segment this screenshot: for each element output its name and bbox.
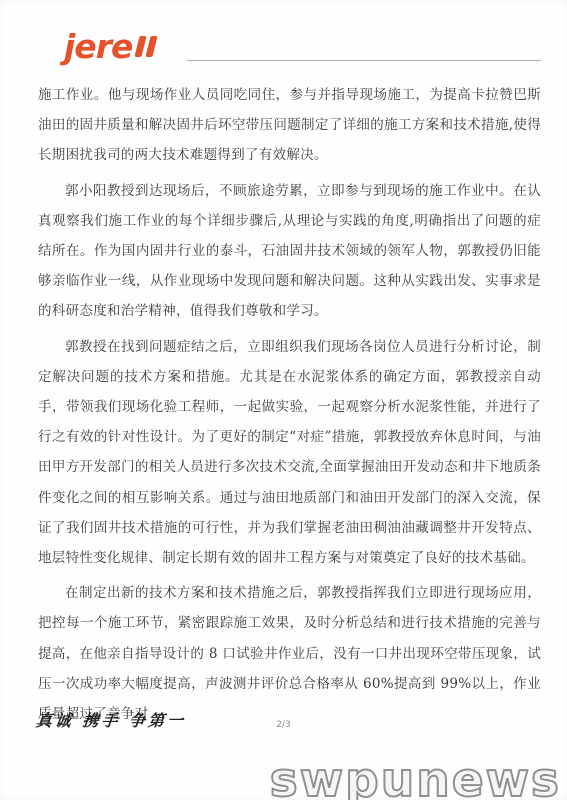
paragraph-3: 郭教授在找到问题症结之后，立即组织我们现场各岗位人员进行分析讨论，制定解决问题的… <box>38 332 541 574</box>
page-number: 2/3 <box>0 720 567 730</box>
jereh-logo: jere <box>64 30 155 66</box>
swpunews-watermark: swpunews <box>270 757 561 800</box>
paragraph-2: 郭小阳教授到达现场后，不顾旅途劳累，立即参与到现场的施工作业中。在认真观察我们施… <box>38 176 541 327</box>
header-divider-line <box>187 60 541 61</box>
paragraph-4: 在制定出新的技术方案和技术措施之后，郭教授指挥我们立即进行现场应用，把控每一个施… <box>38 578 541 729</box>
document-page: jere 施工作业。他与现场作业人员同吃同住，参与并指导现场施工，为提高卡拉赞巴… <box>0 0 567 800</box>
letter-body: 施工作业。他与现场作业人员同吃同住，参与并指导现场施工，为提高卡拉赞巴斯油田的固… <box>38 80 541 734</box>
jereh-logo-text: jere <box>64 30 132 63</box>
jereh-logo-h-stroke-2 <box>146 36 158 57</box>
paragraph-continuation: 施工作业。他与现场作业人员同吃同住，参与并指导现场施工，为提高卡拉赞巴斯油田的固… <box>38 80 541 171</box>
